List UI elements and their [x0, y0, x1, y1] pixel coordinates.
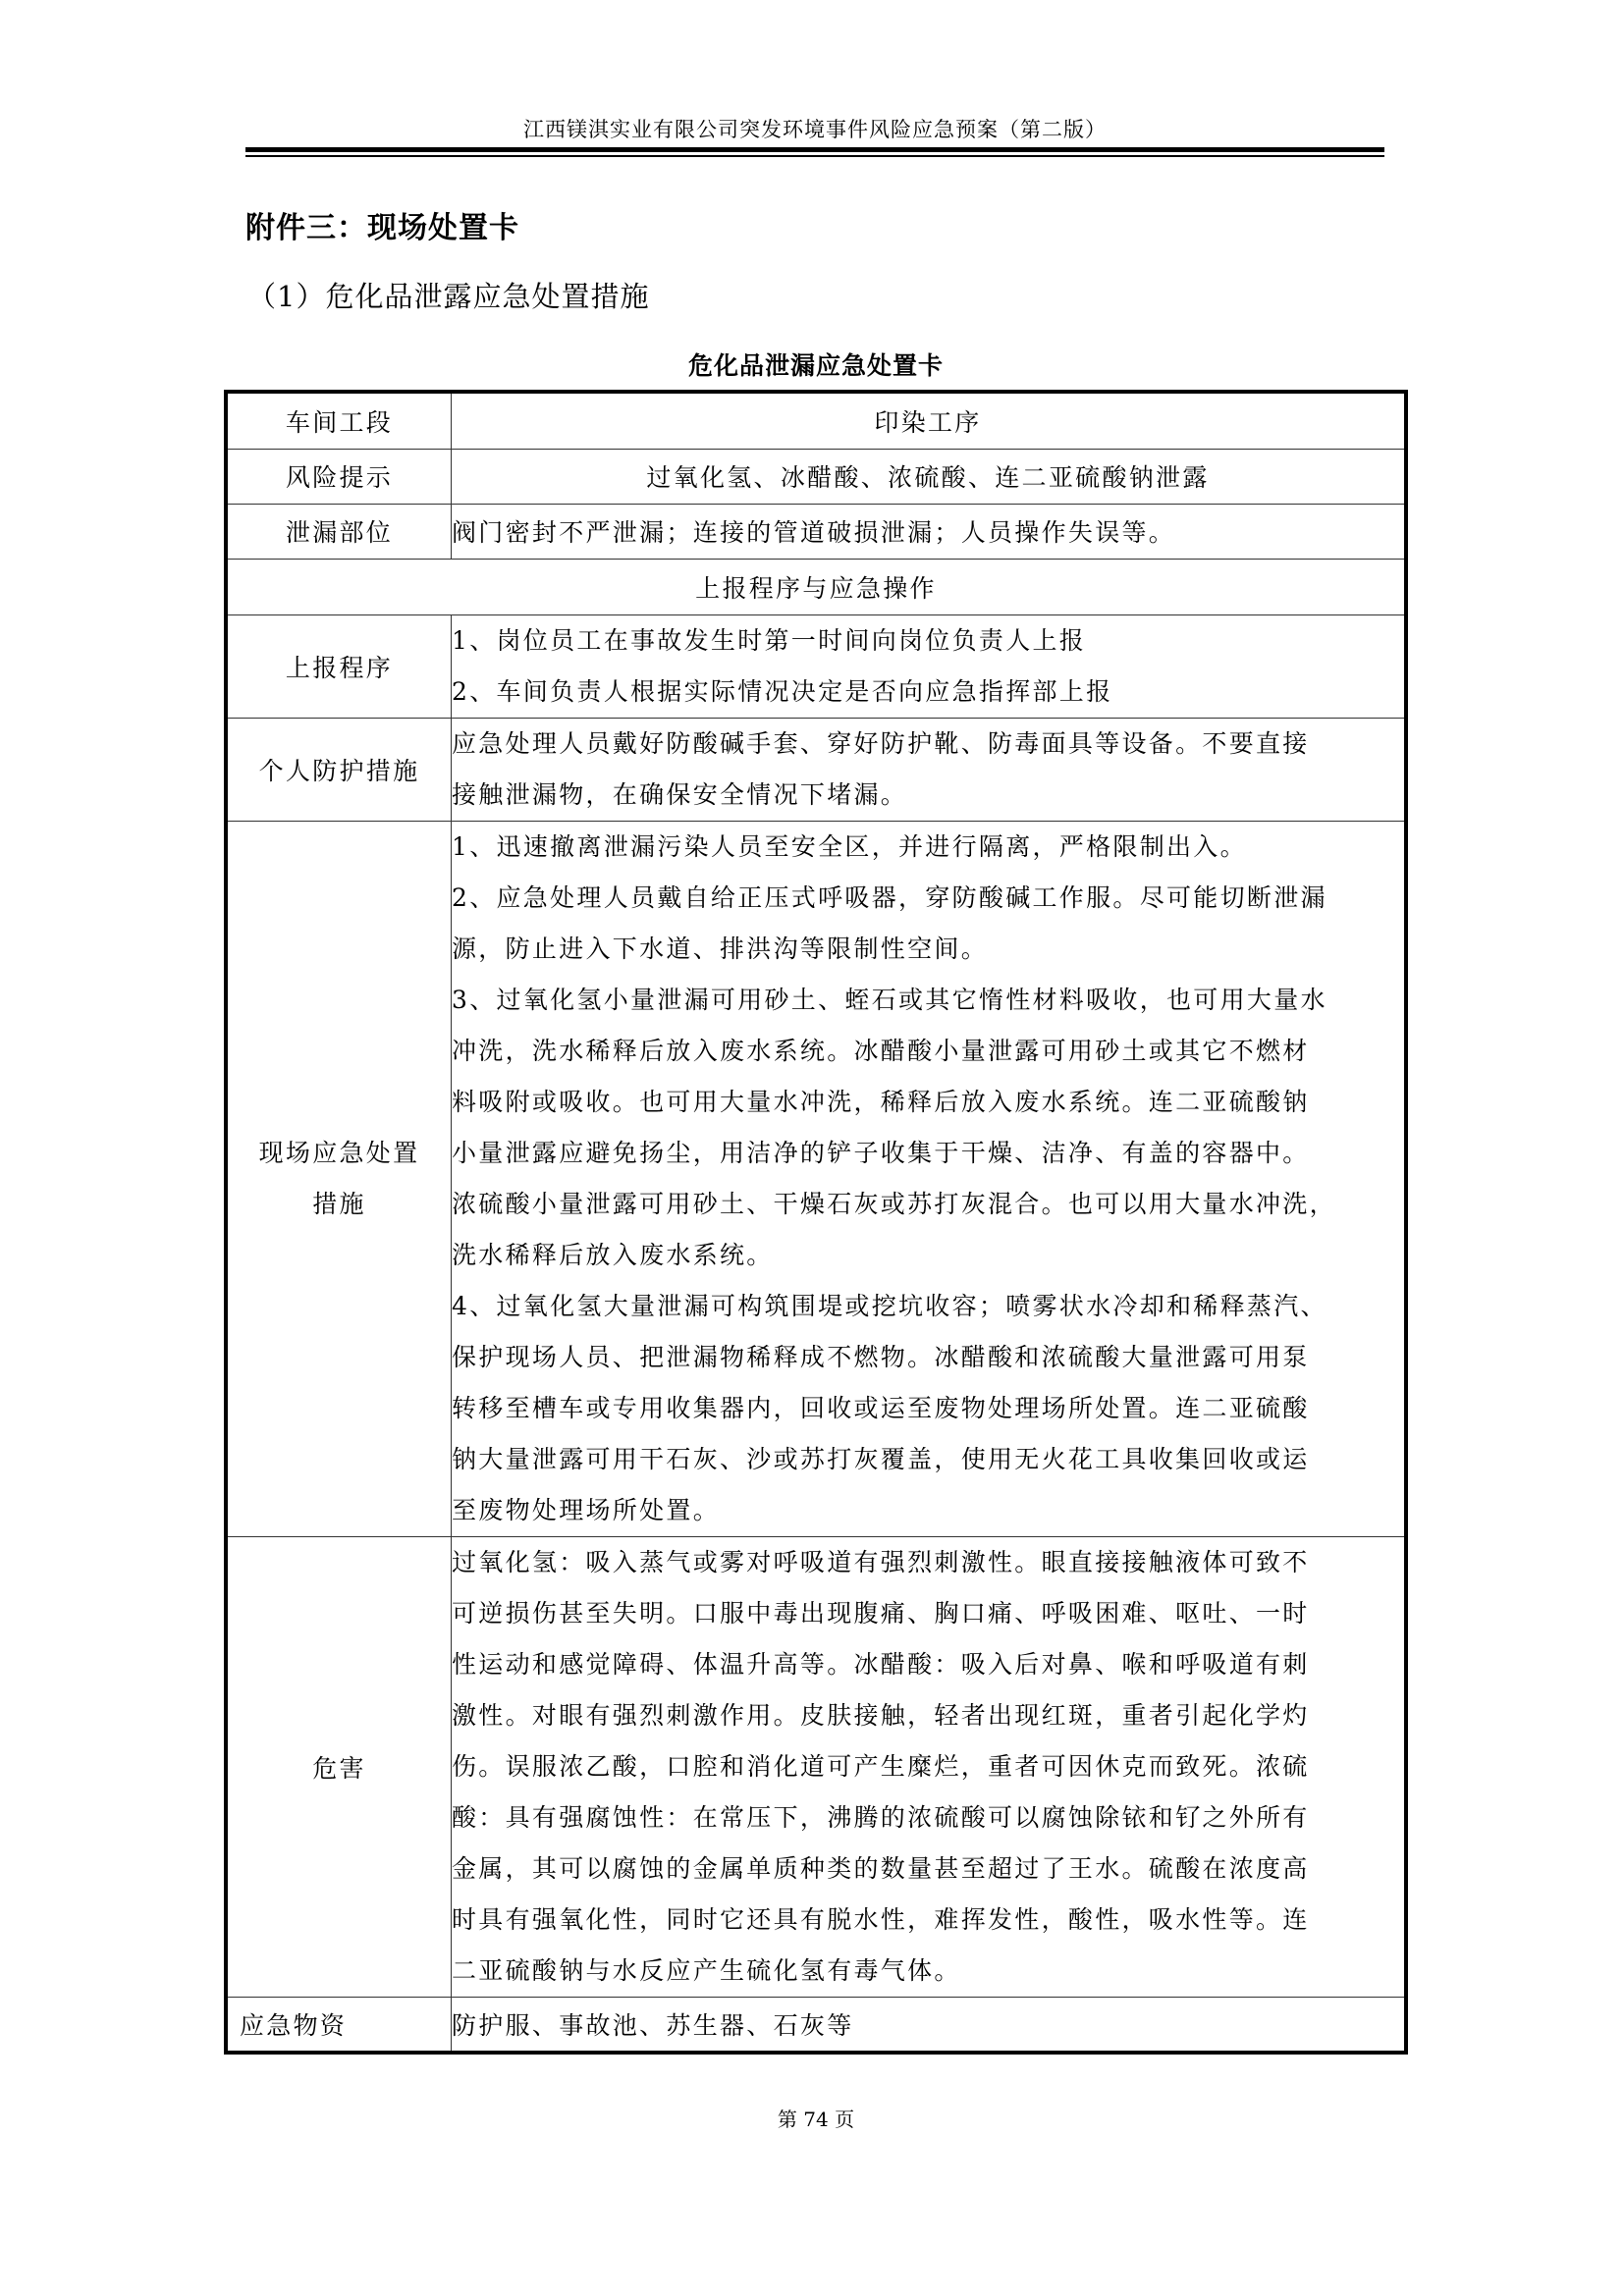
section-heading: 上报程序与应急操作: [226, 559, 1406, 614]
label-report: 上报程序: [226, 614, 452, 718]
label-supplies: 应急物资: [226, 1997, 452, 2053]
table-row-leak-location: 泄漏部位 阀门密封不严泄漏；连接的管道破损泄漏；人员操作失误等。: [226, 504, 1406, 559]
table-row-hazard: 危害 过氧化氢：吸入蒸气或雾对呼吸道有强烈刺激性。眼直接接触液体可致不 可逆损伤…: [226, 1536, 1406, 1997]
onsite-line: 3、过氧化氢小量泄漏可用砂土、蛭石或其它惰性材料吸收，也可用大量水: [452, 975, 1404, 1026]
table-row-workshop: 车间工段 印染工序: [226, 392, 1406, 449]
value-workshop: 印染工序: [452, 392, 1407, 449]
onsite-line: 钠大量泄露可用干石灰、沙或苏打灰覆盖，使用无火花工具收集回收或运: [452, 1434, 1404, 1485]
page-number: 第 74 页: [224, 2107, 1408, 2132]
hazard-line: 伤。误服浓乙酸，口腔和消化道可产生糜烂，重者可因休克而致死。浓硫: [452, 1741, 1404, 1792]
subsection-title: （1）危化品泄露应急处置措施: [247, 279, 649, 314]
table-row-protection: 个人防护措施 应急处理人员戴好防酸碱手套、穿好防护靴、防毒面具等设备。不要直接 …: [226, 718, 1406, 821]
running-header: 江西镁淇实业有限公司突发环境事件风险应急预案（第二版）: [245, 116, 1384, 143]
hazard-line: 二亚硫酸钠与水反应产生硫化氢有毒气体。: [452, 1946, 1404, 1997]
hazard-line: 过氧化氢：吸入蒸气或雾对呼吸道有强烈刺激性。眼直接接触液体可致不: [452, 1537, 1404, 1588]
emergency-card-table: 车间工段 印染工序 风险提示 过氧化氢、冰醋酸、浓硫酸、连二亚硫酸钠泄露 泄漏部…: [224, 390, 1408, 2055]
value-hazard: 过氧化氢：吸入蒸气或雾对呼吸道有强烈刺激性。眼直接接触液体可致不 可逆损伤甚至失…: [452, 1536, 1407, 1997]
hazard-line: 时具有强氧化性，同时它还具有脱水性，难挥发性，酸性，吸水性等。连: [452, 1895, 1404, 1946]
onsite-line: 源，防止进入下水道、排洪沟等限制性空间。: [452, 924, 1404, 975]
value-onsite: 1、迅速撤离泄漏污染人员至安全区，并进行隔离，严格限制出入。 2、应急处理人员戴…: [452, 821, 1407, 1536]
label-leak-location: 泄漏部位: [226, 504, 452, 559]
hazard-line: 激性。对眼有强烈刺激作用。皮肤接触，轻者出现红斑，重者引起化学灼: [452, 1690, 1404, 1741]
hazard-line: 性运动和感觉障碍、体温升高等。冰醋酸：吸入后对鼻、喉和呼吸道有刺: [452, 1639, 1404, 1690]
table-row-report: 上报程序 1、岗位员工在事故发生时第一时间向岗位负责人上报 2、车间负责人根据实…: [226, 614, 1406, 718]
report-line: 1、岗位员工在事故发生时第一时间向岗位负责人上报: [452, 615, 1404, 667]
label-onsite-line: 现场应急处置: [228, 1128, 451, 1179]
section-title: 附件三：现场处置卡: [245, 210, 519, 247]
onsite-line: 保护现场人员、把泄漏物稀释成不燃物。冰醋酸和浓硫酸大量泄露可用泵: [452, 1332, 1404, 1383]
onsite-line: 冲洗，洗水稀释后放入废水系统。冰醋酸小量泄露可用砂土或其它不燃材: [452, 1026, 1404, 1077]
value-protection: 应急处理人员戴好防酸碱手套、穿好防护靴、防毒面具等设备。不要直接 接触泄漏物，在…: [452, 718, 1407, 821]
value-report: 1、岗位员工在事故发生时第一时间向岗位负责人上报 2、车间负责人根据实际情况决定…: [452, 614, 1407, 718]
onsite-line: 料吸附或吸收。也可用大量水冲洗，稀释后放入废水系统。连二亚硫酸钠: [452, 1077, 1404, 1128]
label-protection: 个人防护措施: [226, 718, 452, 821]
onsite-line: 2、应急处理人员戴自给正压式呼吸器，穿防酸碱工作服。尽可能切断泄漏: [452, 873, 1404, 924]
hazard-line: 可逆损伤甚至失明。口服中毒出现腹痛、胸口痛、呼吸困难、呕吐、一时: [452, 1588, 1404, 1639]
table-row-supplies: 应急物资 防护服、事故池、苏生器、石灰等: [226, 1997, 1406, 2053]
label-onsite-line: 措施: [228, 1179, 451, 1230]
table-row-onsite: 现场应急处置 措施 1、迅速撤离泄漏污染人员至安全区，并进行隔离，严格限制出入。…: [226, 821, 1406, 1536]
value-risk: 过氧化氢、冰醋酸、浓硫酸、连二亚硫酸钠泄露: [452, 449, 1407, 504]
card-title: 危化品泄漏应急处置卡: [224, 349, 1408, 383]
header-rule-thick: [245, 147, 1384, 152]
protection-line: 应急处理人员戴好防酸碱手套、穿好防护靴、防毒面具等设备。不要直接: [452, 719, 1404, 770]
onsite-line: 至废物处理场所处置。: [452, 1485, 1404, 1536]
label-risk: 风险提示: [226, 449, 452, 504]
header-rule-thin: [245, 155, 1384, 157]
protection-line: 接触泄漏物，在确保安全情况下堵漏。: [452, 770, 1404, 821]
label-onsite: 现场应急处置 措施: [226, 821, 452, 1536]
onsite-line: 浓硫酸小量泄露可用砂土、干燥石灰或苏打灰混合。也可以用大量水冲洗，: [452, 1179, 1404, 1230]
hazard-line: 金属，其可以腐蚀的金属单质种类的数量甚至超过了王水。硫酸在浓度高: [452, 1843, 1404, 1895]
table-row-section-heading: 上报程序与应急操作: [226, 559, 1406, 614]
onsite-line: 1、迅速撤离泄漏污染人员至安全区，并进行隔离，严格限制出入。: [452, 822, 1404, 873]
onsite-line: 4、过氧化氢大量泄漏可构筑围堤或挖坑收容；喷雾状水冷却和稀释蒸汽、: [452, 1281, 1404, 1332]
onsite-line: 转移至槽车或专用收集器内，回收或运至废物处理场所处置。连二亚硫酸: [452, 1383, 1404, 1434]
onsite-line: 洗水稀释后放入废水系统。: [452, 1230, 1404, 1281]
onsite-line: 小量泄露应避免扬尘，用洁净的铲子收集于干燥、洁净、有盖的容器中。: [452, 1128, 1404, 1179]
report-line: 2、车间负责人根据实际情况决定是否向应急指挥部上报: [452, 667, 1404, 718]
table-row-risk: 风险提示 过氧化氢、冰醋酸、浓硫酸、连二亚硫酸钠泄露: [226, 449, 1406, 504]
value-leak-location: 阀门密封不严泄漏；连接的管道破损泄漏；人员操作失误等。: [452, 504, 1407, 559]
hazard-line: 酸：具有强腐蚀性：在常压下，沸腾的浓硫酸可以腐蚀除铱和钌之外所有: [452, 1792, 1404, 1843]
label-workshop: 车间工段: [226, 392, 452, 449]
label-hazard: 危害: [226, 1536, 452, 1997]
value-supplies: 防护服、事故池、苏生器、石灰等: [452, 1997, 1407, 2053]
